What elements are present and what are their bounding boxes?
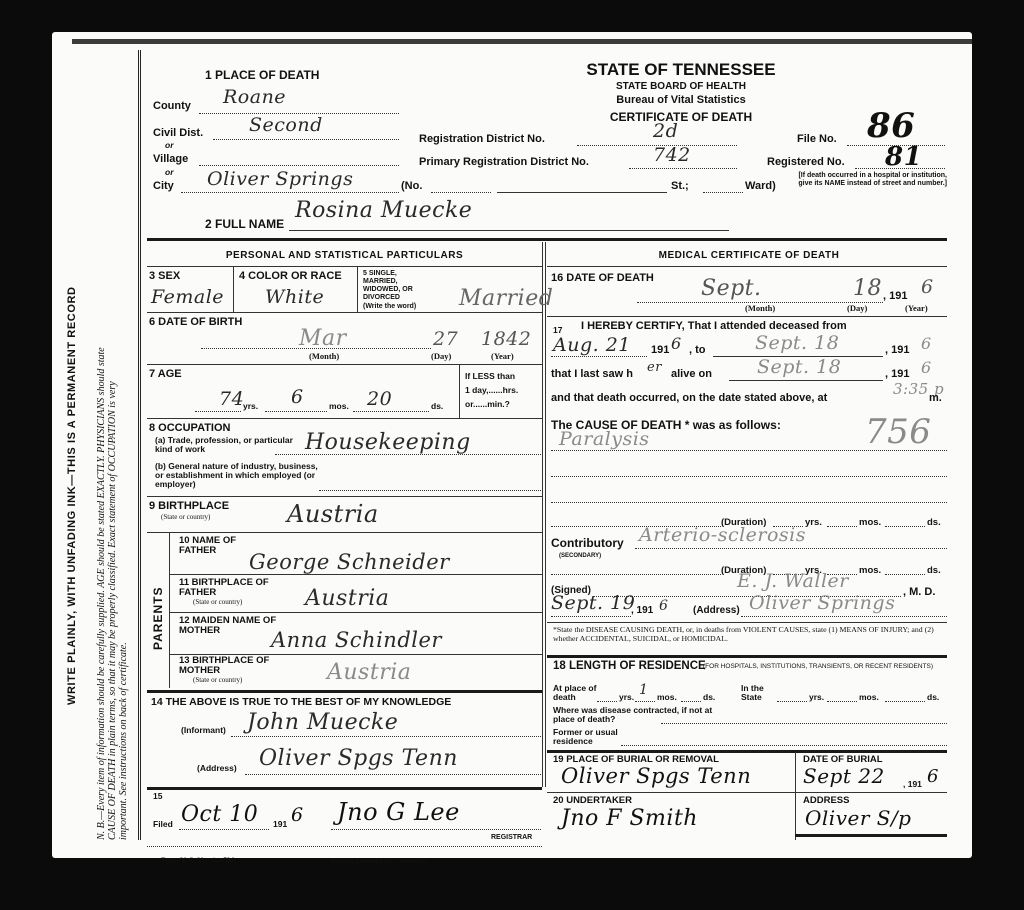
divider	[147, 418, 542, 419]
street-no-label: (No.	[401, 180, 422, 192]
undertaker-value: Jno F Smith	[561, 806, 698, 831]
contributory-line	[635, 548, 947, 549]
header-divider	[147, 238, 947, 241]
divider	[547, 316, 947, 317]
hospital-note: [If death occurred in a hospital or inst…	[797, 172, 947, 188]
divider	[357, 266, 358, 312]
bureau-title: Bureau of Vital Statistics	[561, 94, 801, 106]
cause-line-2	[551, 476, 947, 477]
undertaker-address-value: Oliver S/p	[805, 806, 911, 830]
street-line	[497, 192, 667, 193]
last-saw-year-prefix: , 191	[885, 368, 909, 380]
informant-line	[231, 736, 541, 737]
contributory-label: Contributory	[551, 536, 624, 550]
marital-value: Married	[459, 286, 553, 311]
contrib-duration-mos: mos.	[859, 566, 881, 575]
filed-year-prefix: 191	[273, 820, 287, 829]
personal-heading: PERSONAL AND STATISTICAL PARTICULARS	[147, 250, 542, 261]
primary-district-label: Primary Registration District No.	[419, 156, 589, 168]
age-days-line	[353, 411, 429, 412]
occupation-a-label: (a) Trade, profession, or particular kin…	[155, 436, 305, 454]
burial-place-value: Oliver Spgs Tenn	[561, 764, 751, 788]
signed-address-label: (Address)	[693, 606, 740, 615]
death-certificate-form: 1 PLACE OF DEATH STATE OF TENNESSEE STAT…	[138, 50, 948, 840]
contrib-duration-ds-line	[885, 574, 925, 575]
in-state-mos: mos.	[859, 693, 879, 702]
form-number: Form V. S. No. 4—5M.	[161, 856, 236, 865]
divider	[169, 574, 542, 575]
full-name-line	[289, 230, 729, 231]
registrar-label: REGISTRAR	[491, 834, 532, 842]
cause-value: Paralysis	[559, 428, 650, 450]
dob-day-caption: (Day)	[431, 352, 451, 361]
father-name-label: 10 NAME OF FATHER	[179, 536, 249, 556]
divider	[147, 364, 542, 365]
birthplace-label: 9 BIRTHPLACE	[149, 500, 229, 512]
dod-month-caption: (Month)	[745, 304, 775, 313]
mother-birthplace-sub: (State or country)	[193, 676, 242, 684]
county-value: Roane	[223, 86, 286, 108]
contributory-value: Arterio-sclerosis	[639, 524, 806, 546]
contracted-label: Where was disease contracted, if not at …	[553, 706, 713, 724]
divider	[147, 496, 542, 497]
divider	[795, 752, 796, 840]
primary-district-line	[629, 168, 737, 169]
margin-nb-note: N. B.—Every item of information should b…	[96, 60, 129, 840]
civil-dist-value: Second	[249, 114, 323, 136]
street-no-line	[431, 192, 491, 193]
dob-year: 1842	[481, 328, 531, 350]
m-label: m.	[929, 392, 942, 404]
in-state-label: In the State	[741, 684, 781, 702]
race-label: 4 COLOR OR RACE	[239, 270, 342, 282]
column-divider	[542, 242, 546, 787]
marital-note: (Write the word)	[363, 303, 416, 311]
filed-date-line	[179, 829, 269, 830]
attended-from-year-prefix: 191	[651, 344, 669, 356]
medical-heading: MEDICAL CERTIFICATE OF DEATH	[549, 250, 949, 261]
last-saw-line	[729, 380, 883, 381]
burial-date-label: DATE OF BURIAL	[803, 755, 883, 764]
file-no-label: File No.	[797, 133, 837, 145]
father-birthplace-value: Austria	[305, 586, 389, 611]
ds-caption: ds.	[431, 402, 443, 411]
attended-from-line	[551, 356, 647, 357]
occurred-label: and that death occurred, on the date sta…	[551, 392, 827, 404]
registrar-value: Jno G Lee	[337, 798, 460, 826]
informant-address-value: Oliver Spgs Tenn	[259, 746, 458, 771]
contrib-duration-line	[551, 574, 721, 575]
certificate-title: CERTIFICATE OF DEATH	[561, 110, 801, 124]
signed-value: E. J. Waller	[737, 570, 849, 592]
father-birthplace-label: 11 BIRTHPLACE OF FATHER	[179, 578, 289, 598]
nb-line-2: CAUSE OF DEATH in plain terms, so that i…	[107, 60, 118, 840]
certify-text: I HEREBY CERTIFY, That I attended deceas…	[581, 320, 847, 332]
undertaker-address-label: ADDRESS	[803, 796, 849, 805]
in-state-yrs-line	[777, 701, 807, 702]
duration-ds: ds.	[927, 518, 941, 527]
divider	[147, 266, 542, 267]
former-residence-line	[621, 745, 947, 746]
registered-no-value: 81	[885, 142, 922, 172]
former-residence-label: Former or usual residence	[553, 728, 653, 746]
informant-address-line	[245, 774, 541, 775]
civil-dist-label: Civil Dist.	[153, 127, 203, 139]
contrib-duration-ds: ds.	[927, 566, 941, 575]
dod-month: Sept.	[701, 276, 762, 301]
burial-year-suffix: 6	[927, 766, 939, 787]
occupation-label: 8 OCCUPATION	[149, 422, 231, 434]
age-months: 6	[291, 386, 304, 408]
or-text-2: or	[165, 168, 174, 177]
divider	[459, 364, 460, 418]
signed-address-line	[741, 616, 947, 617]
parents-side-label: PARENTS	[151, 587, 165, 650]
registered-no-label: Registered No.	[767, 156, 845, 168]
primary-district-value: 742	[653, 144, 691, 166]
alive-on-label: alive on	[671, 368, 712, 380]
signed-date-value: Sept. 19	[551, 592, 635, 614]
city-line	[181, 192, 399, 193]
or-text-1: or	[165, 141, 174, 150]
dod-day-caption: (Day)	[847, 304, 867, 313]
less-than-line-2: 1 day,......hrs.	[465, 386, 518, 395]
place-of-death-heading: 1 PLACE OF DEATH	[205, 68, 319, 82]
mother-birthplace-label: 13 BIRTHPLACE OF MOTHER	[179, 656, 289, 676]
printer-credit: FOSTER & PARKES CO., NASHVILLE	[331, 858, 428, 866]
residence-heading-note: (FOR HOSPITALS, INSTITUTIONS, TRANSIENTS…	[703, 663, 949, 671]
mos-caption: mos.	[329, 402, 349, 411]
birthplace-sub: (State or country)	[161, 513, 210, 521]
ward-label: Ward)	[745, 180, 776, 192]
registration-district-value: 2d	[653, 120, 678, 142]
attended-from-value: Aug. 21	[553, 334, 631, 356]
mother-birthplace-value: Austria	[327, 660, 411, 685]
duration-mos: mos.	[859, 518, 881, 527]
divider	[169, 532, 170, 688]
registrar-line	[331, 829, 541, 830]
divider	[795, 834, 947, 837]
city-value: Oliver Springs	[207, 168, 353, 190]
last-saw-year-suffix: 6	[921, 358, 932, 377]
father-name-value: George Schneider	[249, 550, 450, 574]
dob-month: Mar	[299, 326, 347, 351]
dob-day: 27	[433, 328, 458, 350]
last-saw-label: that I last saw h	[551, 368, 633, 380]
filed-year-suffix: 6	[291, 804, 304, 826]
attended-to-year-prefix: , 191	[885, 344, 909, 356]
state-title: STATE OF TENNESSEE	[561, 60, 801, 80]
contracted-line	[661, 723, 947, 724]
st-label: St.;	[671, 180, 689, 192]
civil-dist-line	[213, 139, 399, 140]
filed-date-value: Oct 10	[181, 802, 258, 827]
in-state-mos-line	[827, 701, 857, 702]
informant-heading: 14 THE ABOVE IS TRUE TO THE BEST OF MY K…	[151, 696, 451, 708]
to-label: , to	[689, 344, 706, 356]
filed-label: Filed	[153, 820, 173, 829]
informant-value: John Muecke	[247, 710, 398, 735]
divider	[547, 655, 947, 658]
residence-heading: 18 LENGTH OF RESIDENCE	[553, 660, 706, 672]
board-title: STATE BOARD OF HEALTH	[561, 81, 801, 92]
attended-to-year-suffix: 6	[921, 334, 932, 353]
dod-year-prefix: , 191	[883, 290, 907, 302]
in-state-yrs: yrs.	[809, 693, 824, 702]
occupation-a-value: Housekeeping	[305, 430, 471, 455]
dod-year-suffix: 6	[921, 276, 934, 298]
cause-line-1	[551, 450, 947, 451]
nb-line-1: N. B.—Every item of information should b…	[96, 60, 107, 840]
dob-month-caption: (Month)	[309, 352, 339, 361]
signed-year-suffix: 6	[659, 598, 668, 614]
mother-name-value: Anna Schindler	[271, 628, 442, 652]
divider	[147, 846, 542, 847]
burial-place-label: 19 PLACE OF BURIAL OR REMOVAL	[553, 755, 719, 764]
cause-line-3	[551, 502, 947, 503]
duration-mos-line	[827, 526, 857, 527]
top-border-bar	[72, 39, 972, 44]
yrs-caption: yrs.	[243, 402, 258, 411]
dod-day: 18	[853, 276, 882, 301]
signed-address-value: Oliver Springs	[749, 592, 895, 614]
county-label: County	[153, 100, 191, 112]
divider	[547, 622, 947, 623]
at-place-yrs: yrs.	[619, 693, 634, 702]
divider	[547, 266, 947, 267]
signed-year-prefix: , 191	[631, 606, 653, 615]
attended-from-year-suffix: 6	[671, 334, 682, 353]
informant-label: (Informant)	[181, 726, 226, 735]
cause-footnote: *State the DISEASE CAUSING DEATH, or, in…	[553, 625, 947, 643]
age-yrs-line	[195, 411, 241, 412]
sex-value: Female	[151, 286, 224, 308]
age-years: 74	[219, 388, 244, 410]
dob-year-caption: (Year)	[491, 352, 514, 361]
ward-line	[703, 192, 743, 193]
at-place-mos-line	[635, 701, 655, 702]
dod-year-caption: (Year)	[905, 304, 928, 313]
duration-yrs: yrs.	[805, 518, 822, 527]
registration-district-label: Registration District No.	[419, 133, 545, 145]
divider	[233, 266, 234, 312]
nb-line-3: important. See instructions on back of c…	[118, 60, 129, 840]
race-value: White	[265, 286, 324, 308]
file-no-value: 86	[867, 106, 915, 146]
age-label: 7 AGE	[149, 368, 182, 380]
informant-address-label: (Address)	[197, 764, 237, 773]
at-place-mos: mos.	[657, 693, 677, 702]
date-of-death-label: 16 DATE OF DEATH	[551, 272, 654, 284]
cause-code: 756	[865, 412, 931, 452]
divider	[169, 612, 542, 613]
village-label: Village	[153, 153, 188, 165]
at-place-label: At place of death	[553, 684, 599, 702]
at-place-mos-value: 1	[639, 682, 648, 698]
attended-to-value: Sept. 18	[755, 332, 839, 354]
divider	[147, 532, 542, 533]
less-than-line-3: or......min.?	[465, 400, 510, 409]
father-birthplace-sub: (State or country)	[193, 598, 242, 606]
less-than-line-1: If LESS than	[465, 372, 515, 381]
divider	[547, 750, 947, 753]
md-label: , M. D.	[903, 586, 935, 598]
undertaker-label: 20 UNDERTAKER	[553, 796, 632, 805]
birthplace-value: Austria	[287, 500, 379, 528]
filed-num: 15	[153, 792, 162, 801]
occupation-b-line	[319, 490, 541, 491]
divider	[147, 312, 542, 313]
full-name-label: 2 FULL NAME	[205, 217, 284, 231]
marital-label: 5 SINGLE, MARRIED, WIDOWED, OR DIVORCED	[363, 270, 433, 302]
burial-date-value: Sept 22	[803, 764, 885, 788]
full-name-value: Rosina Muecke	[295, 198, 472, 223]
age-mos-line	[265, 411, 327, 412]
secondary-label: (SECONDARY)	[559, 552, 601, 560]
in-state-ds: ds.	[927, 693, 939, 702]
divider	[147, 787, 542, 790]
duration-ds-line	[885, 526, 925, 527]
sex-label: 3 SEX	[149, 270, 180, 282]
last-saw-value: Sept. 18	[757, 356, 841, 378]
signed-date-line	[551, 616, 631, 617]
at-place-ds: ds.	[703, 693, 715, 702]
last-saw-pronoun: er	[647, 360, 662, 375]
village-line	[199, 165, 399, 166]
margin-instruction-main: WRITE PLAINLY, WITH UNFADING INK—THIS IS…	[66, 145, 78, 705]
occupation-b-label: (b) General nature of industry, business…	[155, 462, 325, 489]
divider	[547, 792, 947, 793]
burial-year-prefix: , 191	[903, 780, 922, 789]
dob-label: 6 DATE OF BIRTH	[149, 316, 242, 328]
age-days: 20	[367, 388, 392, 410]
in-state-ds-line	[885, 701, 925, 702]
city-label: City	[153, 180, 174, 192]
divider	[147, 690, 542, 693]
at-place-ds-line	[681, 701, 701, 702]
at-place-yrs-line	[597, 701, 617, 702]
